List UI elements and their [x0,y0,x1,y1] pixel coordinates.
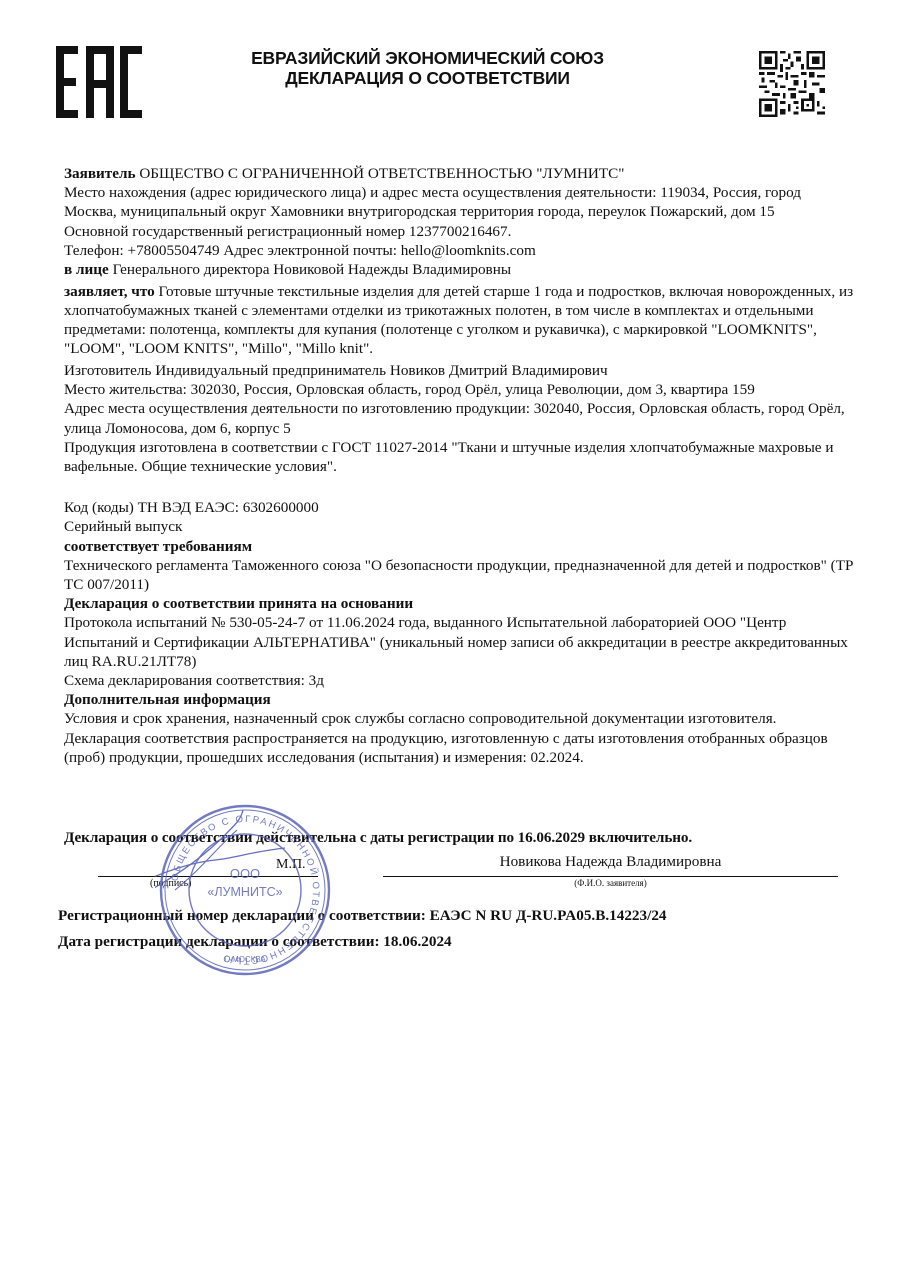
eac-logo-icon [56,46,142,118]
basis-heading: Декларация о соответствии принята на осн… [64,594,854,613]
signature-caption: (подпись) [150,878,192,889]
additional-heading: Дополнительная информация [64,690,854,709]
seal-label: М.П. [276,857,306,873]
applicant-section: Заявитель ОБЩЕСТВО С ОГРАНИЧЕННОЙ ОТВЕТС… [64,164,854,183]
validity-statement: Декларация о соответствии действительна … [64,829,692,847]
compliance-regulation: Технического регламента Таможенного союз… [64,556,854,594]
release-type: Серийный выпуск [64,517,854,536]
declaration-body: Заявитель ОБЩЕСТВО С ОГРАНИЧЕННОЙ ОТВЕТС… [64,164,854,767]
document-header: ЕВРАЗИЙСКИЙ ЭКОНОМИЧЕСКИЙ СОЮЗ ДЕКЛАРАЦИ… [200,48,655,88]
stamp-center-line2: «ЛУМНИТС» [207,885,282,899]
manufacturer-production-address: Адрес места осуществления деятельности п… [64,399,854,437]
applicant-name: ОБЩЕСТВО С ОГРАНИЧЕННОЙ ОТВЕТСТВЕННОСТЬЮ… [136,165,625,182]
signer-name-line [383,876,838,877]
registration-date: Дата регистрации декларации о соответств… [58,933,452,951]
manufacturer-standard: Продукция изготовлена в соответствии с Г… [64,438,854,476]
manufacturer-name: Изготовитель Индивидуальный предпринимат… [64,361,854,380]
declares-label: заявляет, что [64,283,155,300]
additional-text: Условия и срок хранения, назначенный сро… [64,709,854,767]
basis-protocol: Протокола испытаний № 530-05-24-7 от 11.… [64,613,854,671]
applicant-address: Место нахождения (адрес юридического лиц… [64,183,854,221]
applicant-ogrn: Основной государственный регистрационный… [64,222,854,241]
manufacturer-residence: Место жительства: 302030, Россия, Орловс… [64,380,854,399]
document-title: ДЕКЛАРАЦИЯ О СООТВЕТСТВИИ [200,68,655,88]
applicant-contacts: Телефон: +78005504749 Адрес электронной … [64,241,854,260]
signer-caption: (Ф.И.О. заявителя) [383,878,838,888]
signature-line [98,876,318,877]
basis-scheme: Схема декларирования соответствия: 3д [64,671,854,690]
compliance-heading: соответствует требованиям [64,537,854,556]
tn-ved-code: Код (коды) ТН ВЭД ЕАЭС: 6302600000 [64,498,854,517]
product-description: заявляет, что Готовые штучные текстильны… [64,282,854,359]
product-text: Готовые штучные текстильные изделия для … [64,283,853,358]
stamp-center-line1: ООО [230,866,260,881]
union-title: ЕВРАЗИЙСКИЙ ЭКОНОМИЧЕСКИЙ СОЮЗ [200,48,655,68]
representative: в лице Генерального директора Новиковой … [64,260,854,279]
company-stamp-icon: ОБЩЕСТВО С ОГРАНИЧЕННОЙ ОТВЕТСТВЕННОСТЬЮ… [155,800,335,980]
represented-by: Генерального директора Новиковой Надежды… [109,261,511,278]
signer-name: Новикова Надежда Владимировна [383,853,838,871]
qr-code-icon [759,51,825,117]
registration-number: Регистрационный номер декларации о соотв… [58,907,667,925]
stamp-city: Г. МОСКВА [224,955,266,964]
applicant-label: Заявитель [64,165,136,182]
represented-label: в лице [64,261,109,278]
